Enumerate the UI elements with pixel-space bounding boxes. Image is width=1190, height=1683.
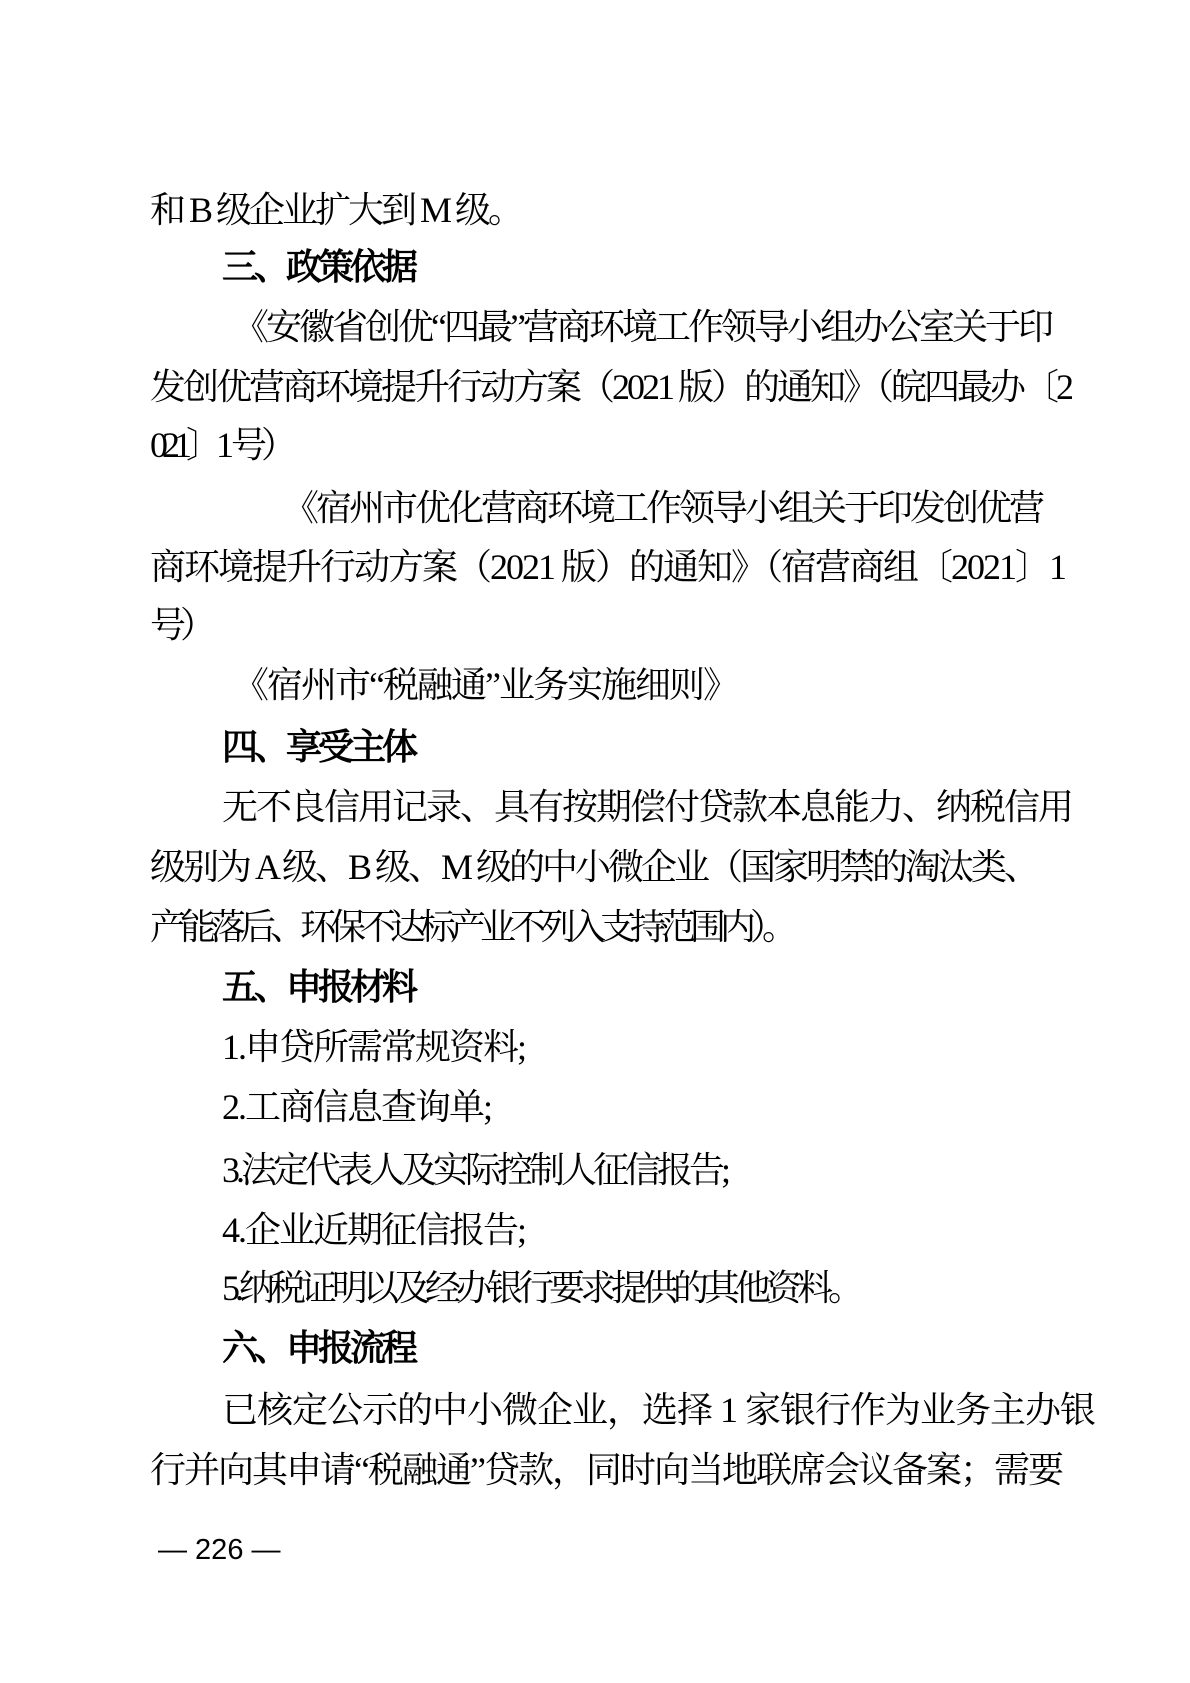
text-line: 《宿州市“税融通”业务实施细则》 — [233, 655, 737, 715]
section-heading-application-process: 六、申报流程 — [222, 1318, 414, 1378]
document-page: 和 B 级企业扩大到 M 级。 三、政策依据 《安徽省创优“四最”营商环境工作领… — [0, 0, 1190, 1683]
list-item: 2.工商信息查询单; — [222, 1077, 491, 1137]
list-item: 3.法定代表人及实际控制人征信报告; — [222, 1140, 727, 1200]
text-line: 和 B 级企业扩大到 M 级。 — [150, 180, 521, 240]
text-line: 无不良信用记录、具有按期偿付贷款本息能力、纳税信用 — [222, 777, 1072, 837]
text-line: 产能落后、环保不达标产业不列入支持范围内）。 — [150, 897, 792, 957]
text-line: 商环境提升行动方案（2021 版）的通知》（宿营商组〔2021〕1 — [150, 537, 1065, 597]
text-line: 021〕1 号） — [150, 415, 291, 475]
page-number: — 226 — — [158, 1528, 281, 1572]
text-line: 级别为 A 级、B 级、M 级的中小微企业（国家明禁的淘汰类、 — [150, 837, 1037, 897]
section-heading-application-materials: 五、申报材料 — [222, 957, 414, 1017]
list-item: 5.纳税证明以及经办银行要求提供的其他资料。 — [222, 1258, 859, 1318]
text-line: 号） — [150, 595, 210, 655]
text-line: 行并向其申请“税融通”贷款，同时向当地联席会议备案；需要 — [150, 1440, 1062, 1500]
section-heading-beneficiaries: 四、享受主体 — [222, 717, 414, 777]
text-line: 发创优营商环境提升行动方案（2021 版）的通知》（皖四最办〔2 — [150, 357, 1071, 417]
text-line: 《安徽省创优“四最”营商环境工作领导小组办公室关于印 — [233, 297, 1051, 357]
text-line: 已核定公示的中小微企业，选择 1 家银行作为业务主办银 — [222, 1380, 1095, 1440]
list-item: 1.申贷所需常规资料; — [222, 1017, 525, 1077]
text-line: 《宿州市优化营商环境工作领导小组关于印发创优营 — [283, 478, 1042, 538]
section-heading-policy-basis: 三、政策依据 — [222, 237, 414, 297]
list-item: 4.企业近期征信报告; — [222, 1200, 525, 1260]
